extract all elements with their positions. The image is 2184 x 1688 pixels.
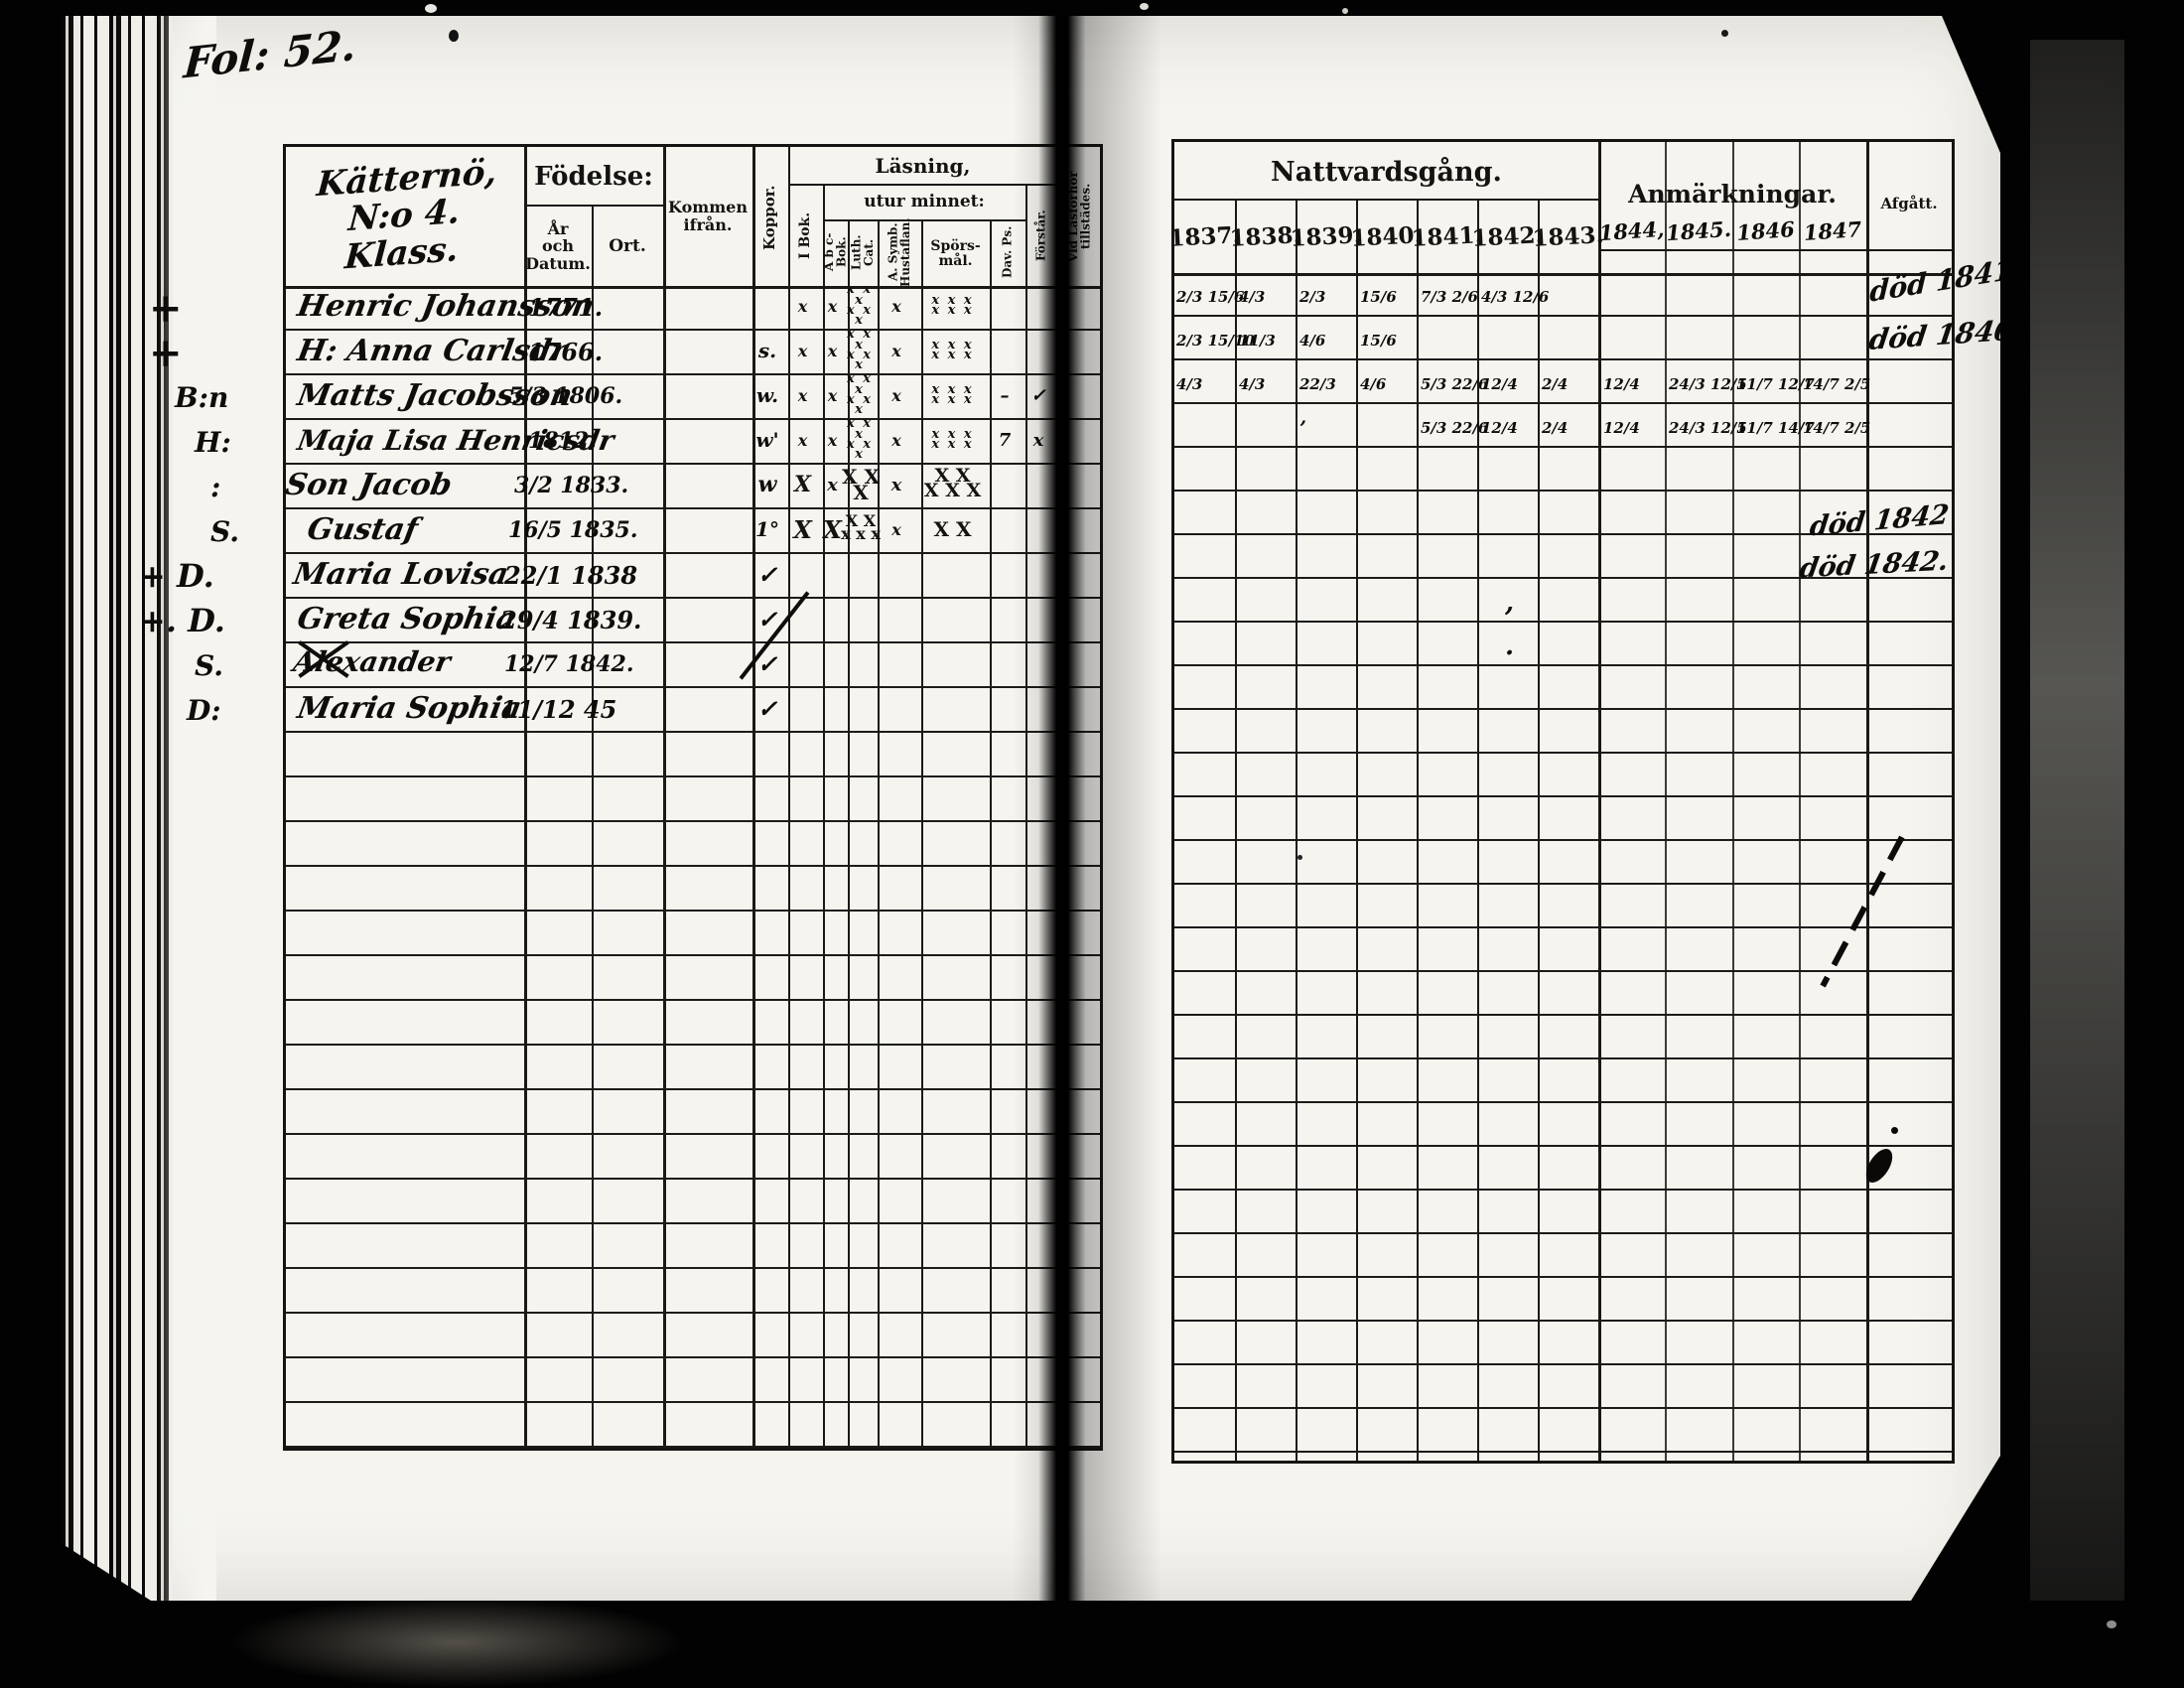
mark-luth-cat: x x x x x x (845, 373, 875, 417)
person-name: Maria Sophia (294, 686, 520, 730)
communion-dates: 12/4 (1481, 364, 1538, 404)
mark-koppor: s. (750, 329, 785, 372)
margin-mark: +. D. (139, 599, 278, 642)
year-header: 1841. (1415, 202, 1478, 270)
grid-line (1598, 142, 1601, 1461)
mark-i-bok: x (785, 284, 820, 328)
ink-speck (1891, 1127, 1898, 1134)
margin-mark: + D. (139, 554, 278, 598)
col-header-kommen-ifran: Kommen ifrån. (663, 177, 752, 256)
year-header-written: 1844, (1597, 210, 1666, 252)
mark-abc-bok: x (820, 418, 845, 462)
communion-dates: 2/4 (1542, 364, 1598, 404)
ink-mark: , (1481, 583, 1538, 623)
communion-dates: 22/3 (1299, 364, 1356, 404)
person-name: Gustaf (304, 507, 510, 551)
communion-dates: 2/3 15/6 (1176, 277, 1235, 317)
col-header-sporsmal: Spörs- mål. (921, 226, 990, 282)
year-header: 1840. (1354, 202, 1418, 270)
afgatt-note: död 1841 (1868, 256, 1952, 314)
mark-hustaflan: x (875, 463, 918, 506)
birth-date: 22/1 1838 (504, 554, 588, 596)
mark-i-bok: x (785, 329, 820, 372)
ink-mark: . (1481, 627, 1538, 666)
mark-abc-bok: x (820, 329, 845, 372)
col-header-i-bok: I Bok. (788, 189, 823, 282)
year-header-written: 1846 (1731, 210, 1800, 252)
grid-line (663, 147, 666, 1448)
margin-mark: H: (195, 420, 278, 464)
dust-speck (2107, 1620, 2116, 1628)
communion-dates: 11/7 12/7 (1736, 364, 1799, 404)
year-header: 1839. (1294, 202, 1357, 270)
book-scan-photo: Fol: 52. Kätternö, N:o 4. Klass. Födelse… (0, 0, 2184, 1688)
book-edge-highlight (2030, 40, 2124, 1648)
mark-hustaflan: x (875, 329, 918, 372)
mark-hustaflan: x (875, 373, 918, 417)
mark-i-bok: X (785, 507, 820, 551)
grid-line (1356, 199, 1358, 1461)
birth-date: 1771. (528, 286, 588, 328)
margin-mark: B:n (175, 375, 278, 419)
grid-line (1417, 199, 1419, 1461)
grid-line (1598, 249, 1952, 251)
mark-luth-cat: x x x x x x (845, 329, 875, 372)
col-header-ar-och-datum: År och Datum. (524, 209, 592, 284)
margin-mark: + (149, 286, 278, 330)
mark-sporsmal: X X X X X (918, 459, 987, 508)
mark-i-bok: X (785, 463, 820, 506)
mark-koppor: ✓ (750, 597, 785, 640)
dust-speck (1342, 8, 1348, 14)
communion-dates: 12/4 (1603, 364, 1665, 404)
mark-sporsmal: x x x x x x (918, 284, 987, 328)
margin-mark: + (149, 331, 278, 374)
mark-sporsmal: x x x x x x (918, 418, 987, 462)
person-name: Greta Sophia (294, 597, 520, 640)
mark-sporsmal: X X (918, 507, 987, 551)
photo-top-edge (0, 0, 2184, 16)
birth-date: 1812. (528, 420, 588, 462)
birth-date: 5/3 1806. (508, 375, 588, 417)
year-header: 1842. (1475, 202, 1539, 270)
col-header-hustaflan: A. Symb. Hustaflan. (878, 222, 921, 282)
mark-koppor: w (750, 463, 785, 506)
ink-stroke (1820, 836, 1904, 988)
communion-dates: 4/3 (1239, 277, 1296, 317)
birth-date: 3/2 1833. (514, 465, 588, 506)
communion-dates: 4/6 (1360, 364, 1417, 404)
year-header-written: 1845. (1664, 210, 1733, 252)
grid-line (1235, 199, 1237, 1461)
mark-koppor: ✓ (750, 552, 785, 596)
bottom-mottle (228, 1597, 685, 1688)
communion-dates: 12/4 (1603, 408, 1665, 448)
mark-sporsmal: x x x x x x (918, 329, 987, 372)
mark-i-bok: x (785, 373, 820, 417)
person-name: H: Anna Carlsdr (294, 329, 520, 372)
birth-date: 29/4 1839. (500, 599, 592, 640)
dust-speck (1140, 3, 1149, 10)
afgatt-note: död 1840. (1866, 312, 1955, 361)
grid-line (1174, 273, 1952, 276)
col-header-koppor: Koppor. (752, 153, 788, 282)
person-name: Maja Lisa Henricsdr (294, 418, 520, 462)
communion-dates: 24/3 12/5 (1669, 408, 1732, 448)
ink-speck (1721, 30, 1728, 37)
communion-dates: 12/4 (1481, 408, 1538, 448)
mark-hustaflan: x (875, 507, 918, 551)
communion-dates: 5/3 22/6 (1421, 364, 1477, 404)
communion-dates: 15/6 (1360, 277, 1417, 317)
communion-dates: 4/3 (1239, 364, 1296, 404)
margin-mark: S. (210, 509, 278, 553)
mark-luth-cat: x x x x x x (845, 284, 875, 328)
section-header-nattvardsgang: Nattvardsgång. (1174, 150, 1598, 194)
mark-koppor: ✓ (750, 641, 785, 685)
grid-line (1732, 142, 1734, 1461)
photo-left-edge (0, 0, 62, 1688)
year-header-written: 1847 (1798, 210, 1867, 252)
communion-dates: 2/4 (1542, 408, 1598, 448)
communion-dates: 4/6 (1299, 321, 1356, 360)
person-name: Henric Johansson (294, 284, 520, 328)
communion-dates: 14/7 2/5 (1803, 408, 1866, 448)
margin-mark: S. (195, 643, 278, 687)
communion-dates: 2/3 (1299, 277, 1356, 317)
col-header-utur-minnet: utur minnet: (823, 186, 1025, 217)
col-header-abc-bok: A b c-Bok. (823, 222, 848, 282)
mark-abc-bok: x (820, 373, 845, 417)
mark-hustaflan: x (875, 284, 918, 328)
col-header-luth-cat: Luth. Cat. (848, 222, 878, 282)
mark-i-bok: x (785, 418, 820, 462)
mark-abc-bok: x (820, 284, 845, 328)
page-fold-shadow (1013, 0, 1161, 1688)
grid-line (1174, 199, 1598, 201)
birth-date: 12/7 1842. (504, 643, 588, 685)
grid-line (1538, 199, 1540, 1461)
grid-line (1296, 199, 1297, 1461)
birth-date: 1766. (528, 331, 588, 372)
year-header: 1843. (1536, 202, 1599, 270)
communion-dates: 11/7 14/7 (1736, 408, 1799, 448)
grid-line (524, 205, 665, 207)
section-header-anmarkningar: Anmärkningar. (1598, 172, 1866, 215)
communion-table: Nattvardsgång. 1837. 1838. 1839. 1840. 1… (1171, 139, 1955, 1464)
dust-speck (425, 4, 437, 13)
year-header: 1837. (1172, 202, 1236, 270)
grid-line (1799, 142, 1801, 1461)
birth-date: 16/5 1835. (508, 509, 588, 551)
mark-koppor: ✓ (750, 686, 785, 730)
mark-koppor: 1° (750, 507, 785, 551)
person-name: Matts Jacobsson (294, 373, 520, 417)
ink-speck (449, 30, 459, 42)
grid-line (1665, 142, 1667, 1461)
mark-luth-cat: x x x x x x (845, 418, 875, 462)
margin-mark: : (210, 465, 278, 508)
communion-dates: 11/3 (1239, 321, 1296, 360)
communion-dates: 4/3 12/6 (1481, 277, 1538, 317)
person-name: Maria Lovisa (290, 552, 520, 596)
row-grid (1174, 273, 1952, 1453)
communion-dates: 14/7 2/5 (1803, 364, 1866, 404)
page-fold (1038, 0, 1086, 1688)
communion-dates: 5/3 22/6 (1421, 408, 1477, 448)
person-name: Son Jacob (282, 463, 508, 506)
grid-line (823, 219, 1027, 221)
col-header-fodelse: Födelse: (524, 151, 663, 203)
communion-dates: ’ (1299, 408, 1356, 448)
margin-mark: D: (187, 688, 278, 732)
page-edge-fade (157, 16, 216, 1601)
communion-dates: 4/3 (1176, 364, 1235, 404)
mark-sporsmal: x x x x x x (918, 373, 987, 417)
afgatt-note: död 1842. (1797, 539, 1933, 590)
birth-date: 11/12 45 (500, 688, 592, 730)
communion-dates: 2/3 15/10 (1176, 321, 1235, 360)
communion-dates: 7/3 2/6 (1421, 277, 1477, 317)
page-title: Kätternö, N:o 4. Klass. (282, 146, 526, 287)
year-header: 1838. (1233, 202, 1297, 270)
col-header-afgatt: Afgått. (1866, 186, 1952, 221)
communion-dates: 15/6 (1360, 321, 1417, 360)
mark-hustaflan: x (875, 418, 918, 462)
col-header-ort: Ort. (592, 209, 663, 284)
mark-koppor: w. (750, 373, 785, 417)
mark-koppor: w' (750, 418, 785, 462)
communion-dates: 24/3 12/5 (1669, 364, 1732, 404)
